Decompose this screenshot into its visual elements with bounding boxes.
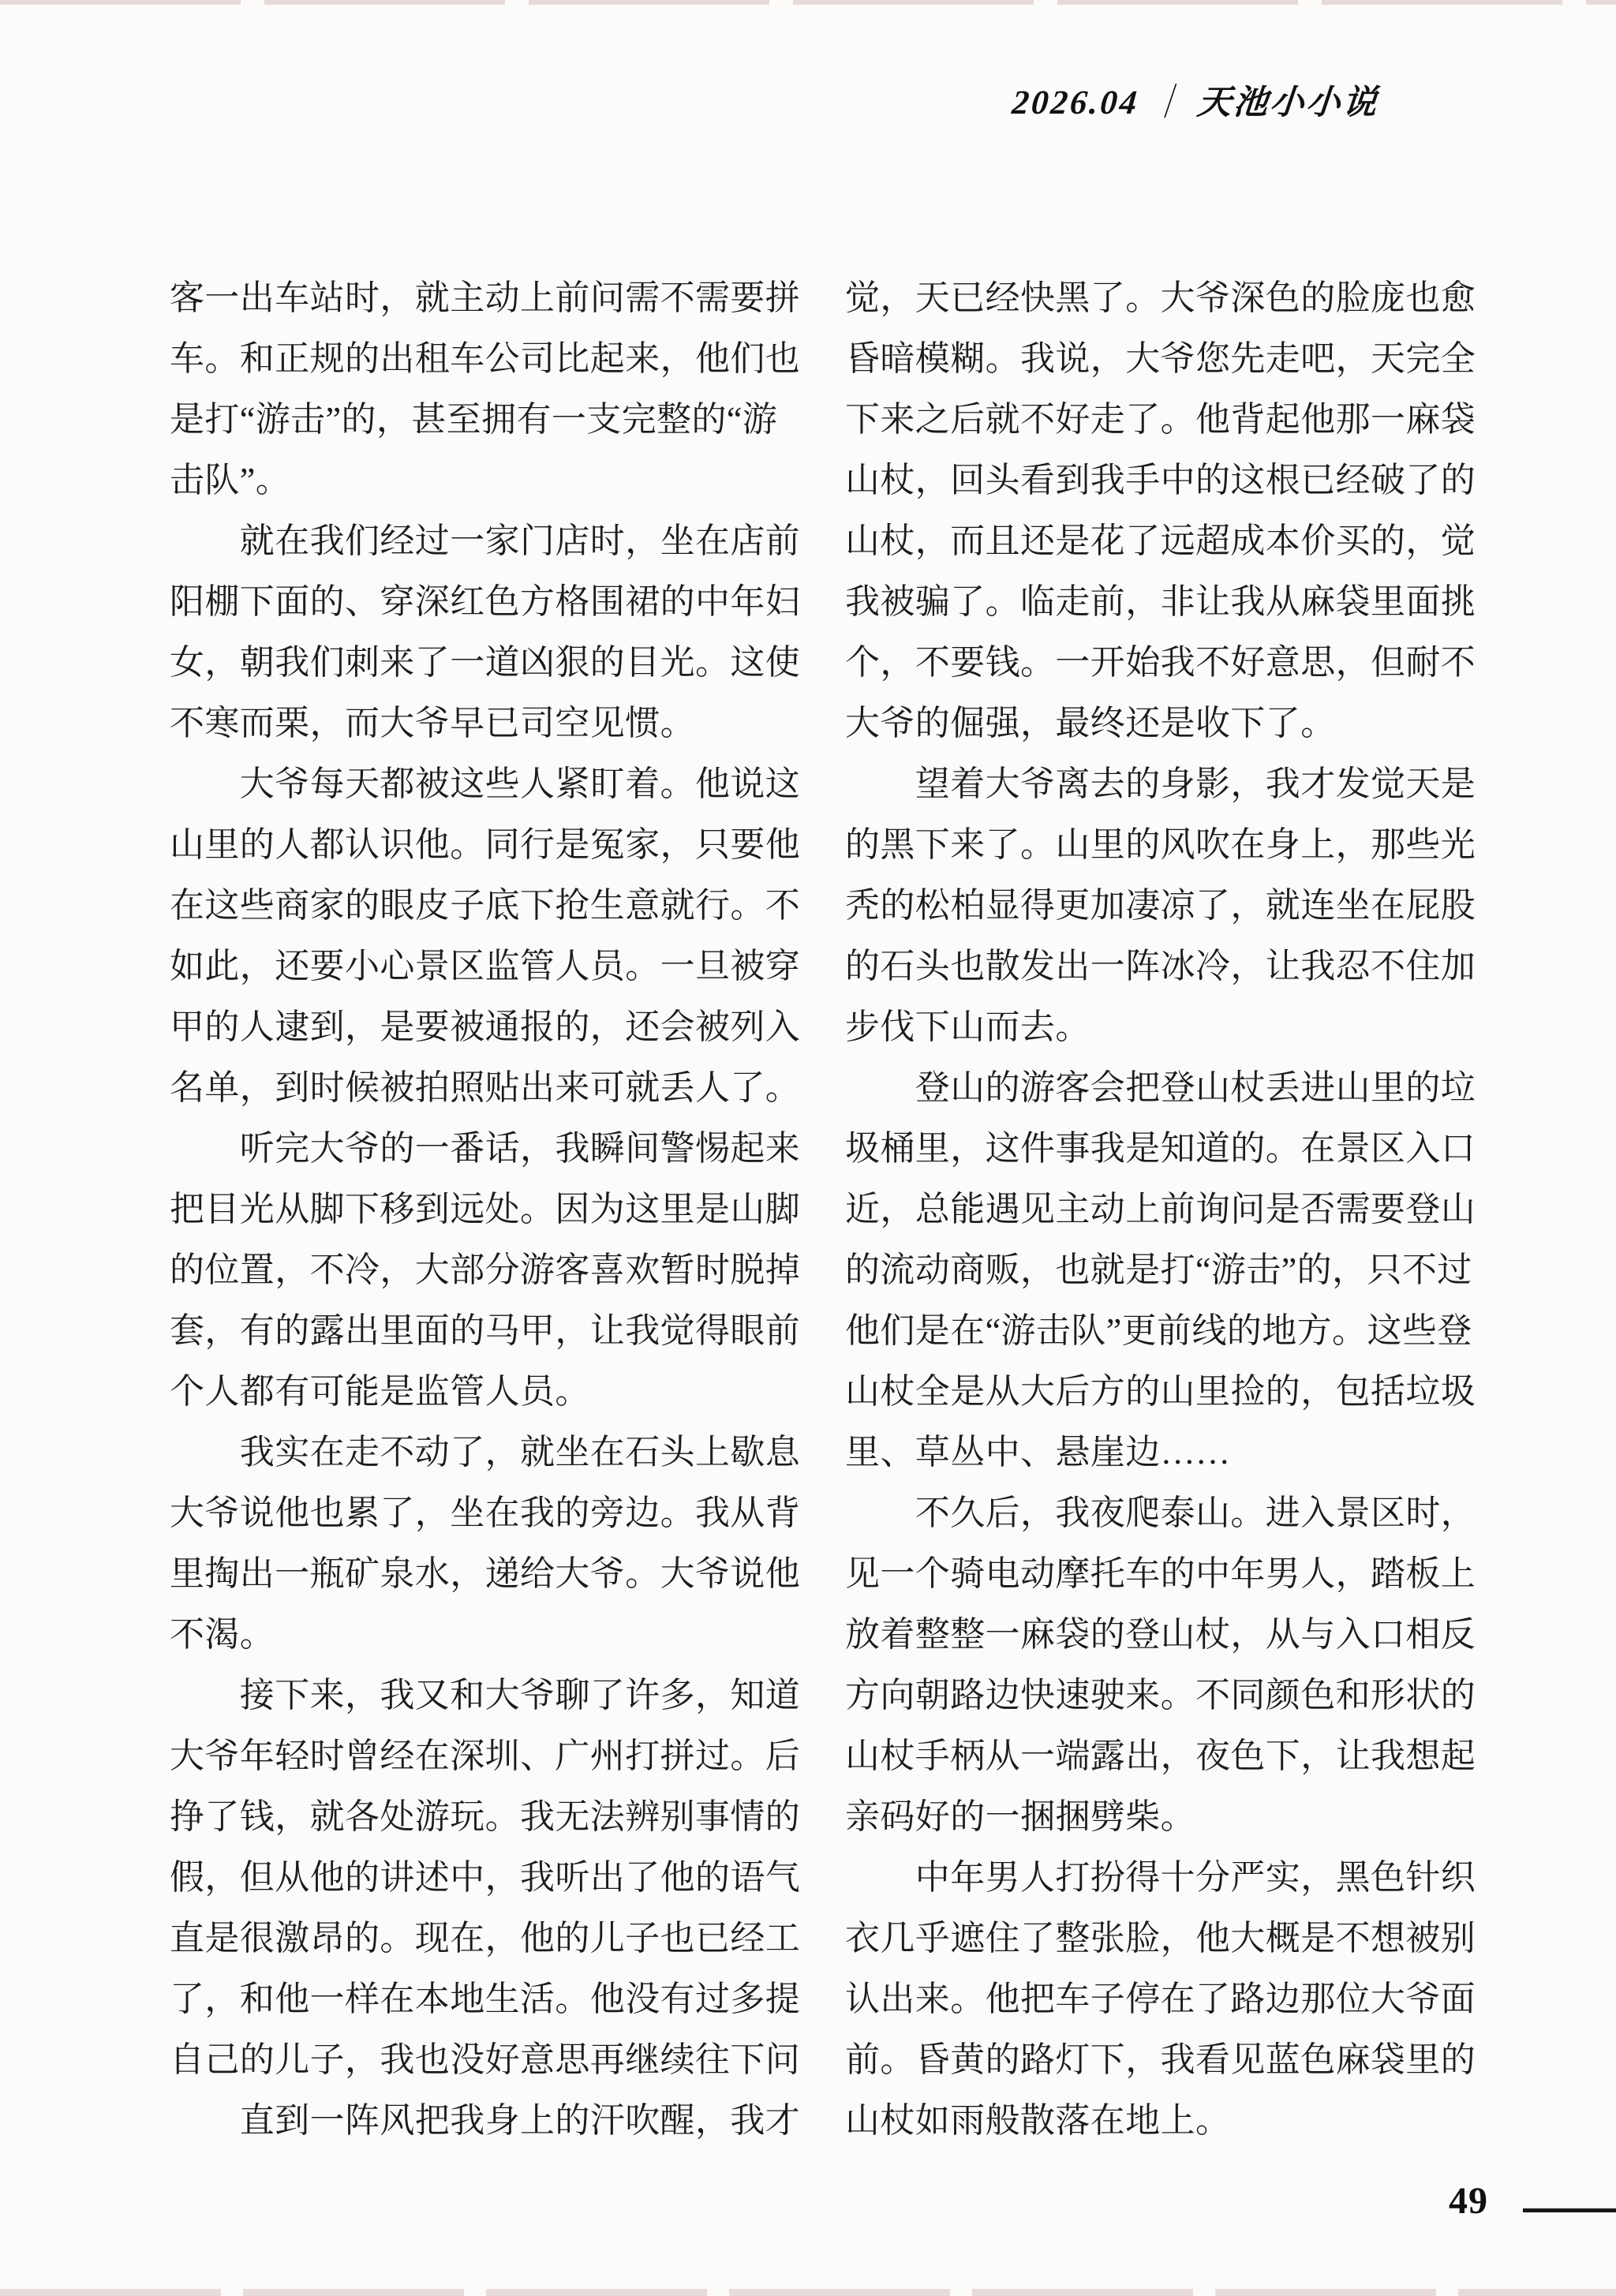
text-line: 昏暗模糊。我说，大爷您先走吧，天完全黑 xyxy=(845,328,1476,389)
text-line: 直是很激昂的。现在，他的儿子也已经工作 xyxy=(170,1908,801,1969)
text-line: 放着整整一麻袋的登山杖，从与入口相反的 xyxy=(845,1604,1476,1665)
text-line: 接下来，我又和大爷聊了许多，知道了 xyxy=(170,1665,801,1726)
text-line: 不久后，我夜爬泰山。进入景区时，看 xyxy=(845,1483,1476,1543)
text-line: 把目光从脚下移到远处。因为这里是山脚 xyxy=(170,1179,801,1240)
text-line: 步伐下山而去。 xyxy=(845,997,1476,1057)
text-line: 认出来。他把车子停在了路边那位大爷面 xyxy=(845,1969,1476,2029)
text-line: 里掏出一瓶矿泉水，递给大爷。大爷说他 xyxy=(170,1543,801,1604)
text-line: 大爷年轻时曾经在深圳、广州打拼过。后来 xyxy=(170,1726,801,1786)
page-bottom-scan-edge xyxy=(0,2289,1616,2296)
text-line: 下来之后就不好走了。他背起他那一麻袋登 xyxy=(845,389,1476,450)
text-line: 圾桶里，这件事我是知道的。在景区入口附 xyxy=(845,1118,1476,1179)
text-line: 不渴。 xyxy=(170,1604,801,1665)
text-line: 击队”。 xyxy=(170,450,801,510)
text-line: 在这些商家的眼皮子底下抢生意就行。不仅 xyxy=(170,875,801,936)
folio-rule xyxy=(1523,2208,1616,2212)
text-line: 登山的游客会把登山杖丢进山里的垃 xyxy=(845,1057,1476,1118)
text-line: 名单，到时候被拍照贴出来可就丢人了。 xyxy=(170,1057,801,1118)
text-line: 望着大爷离去的身影，我才发觉天是真 xyxy=(845,753,1476,814)
text-line: 客一出车站时，就主动上前问需不需要拼 xyxy=(170,267,801,328)
text-line: 听完大爷的一番话，我瞬间警惕起来， xyxy=(170,1118,801,1179)
running-head: 2026.04｜天池小小说 xyxy=(1011,76,1382,124)
text-line: 挣了钱，就各处游玩。我无法辨别事情的真 xyxy=(170,1786,801,1847)
issue-number: 2026.04 xyxy=(1011,84,1141,122)
text-line: 近，总能遇见主动上前询问是否需要登山杖 xyxy=(845,1179,1476,1240)
text-line: 我实在走不动了，就坐在石头上歇息。 xyxy=(170,1422,801,1483)
text-line: 个人都有可能是监管人员。 xyxy=(170,1361,801,1422)
text-line: 见一个骑电动摩托车的中年男人，踏板上横 xyxy=(845,1543,1476,1604)
text-line: 我被骗了。临走前，非让我从麻袋里面挑一 xyxy=(845,571,1476,632)
text-line: 秃的松柏显得更加凄凉了，就连坐在屁股下 xyxy=(845,875,1476,936)
text-line: 阳棚下面的、穿深红色方格围裙的中年妇 xyxy=(170,571,801,632)
text-line: 方向朝路边快速驶来。不同颜色和形状的登 xyxy=(845,1665,1476,1726)
text-line: 车。和正规的出租车公司比起来，他们也算 xyxy=(170,328,801,389)
text-line: 里、草丛中、悬崖边…… xyxy=(845,1422,1476,1483)
left-column: 客一出车站时，就主动上前问需不需要拼车。和正规的出租车公司比起来，他们也算是打“… xyxy=(170,267,801,2153)
text-line: 的石头也散发出一阵冰冷，让我忍不住加快 xyxy=(845,936,1476,997)
text-line: 不寒而栗，而大爷早已司空见惯。 xyxy=(170,693,801,753)
text-line: 衣几乎遮住了整张脸，他大概是不想被别人 xyxy=(845,1908,1476,1969)
text-line: 的位置，不冷，大部分游客喜欢暂时脱掉外 xyxy=(170,1240,801,1300)
text-line: 山杖手柄从一端露出，夜色下，让我想起父 xyxy=(845,1726,1476,1786)
text-line: 如此，还要小心景区监管人员。一旦被穿马 xyxy=(170,936,801,997)
text-line: 山里的人都认识他。同行是冤家，只要他不 xyxy=(170,814,801,875)
page-number: 49 xyxy=(1449,2179,1488,2223)
page-top-scan-edge xyxy=(0,0,1616,5)
text-line: 山杖如雨般散落在地上。 xyxy=(845,2090,1476,2151)
text-line: 直到一阵风把我身上的汗吹醒，我才发 xyxy=(170,2090,801,2151)
text-line: 亲码好的一捆捆劈柴。 xyxy=(845,1786,1476,1847)
text-line: 前。昏黄的路灯下，我看见蓝色麻袋里的登 xyxy=(845,2029,1476,2090)
text-line: 套，有的露出里面的马甲，让我觉得眼前每 xyxy=(170,1300,801,1361)
text-line: 是打“游击”的，甚至拥有一支完整的“游 xyxy=(170,389,801,450)
magazine-title: 天池小小说 xyxy=(1196,84,1381,122)
text-line: 山杖，回头看到我手中的这根已经破了的登 xyxy=(845,450,1476,510)
text-line: 假，但从他的讲述中，我听出了他的语气一 xyxy=(170,1847,801,1908)
article-body: 客一出车站时，就主动上前问需不需要拼车。和正规的出租车公司比起来，他们也算是打“… xyxy=(170,267,1476,2153)
text-line: 觉，天已经快黑了。大爷深色的脸庞也愈加 xyxy=(845,267,1476,328)
text-line: 他们是在“游击队”更前线的地方。这些登 xyxy=(845,1300,1476,1361)
text-line: 个，不要钱。一开始我不好意思，但耐不住 xyxy=(845,632,1476,693)
text-line: 就在我们经过一家门店时，坐在店前遮 xyxy=(170,510,801,571)
text-line: 山杖，而且还是花了远超成本价买的，觉得 xyxy=(845,510,1476,571)
right-column: 觉，天已经快黑了。大爷深色的脸庞也愈加昏暗模糊。我说，大爷您先走吧，天完全黑下来… xyxy=(845,267,1476,2153)
text-line: 的流动商贩，也就是打“游击”的，只不过 xyxy=(845,1240,1476,1300)
header-separator: ｜ xyxy=(1138,84,1199,122)
text-line: 大爷说他也累了，坐在我的旁边。我从背包 xyxy=(170,1483,801,1543)
text-line: 了，和他一样在本地生活。他没有过多提及 xyxy=(170,1969,801,2029)
text-line: 的黑下来了。山里的风吹在身上，那些光秃 xyxy=(845,814,1476,875)
text-line: 女，朝我们刺来了一道凶狠的目光。这使我 xyxy=(170,632,801,693)
text-line: 中年男人打扮得十分严实，黑色针织毛 xyxy=(845,1847,1476,1908)
text-line: 甲的人逮到，是要被通报的，还会被列入黑 xyxy=(170,997,801,1057)
text-line: 大爷每天都被这些人紧盯着。他说这个 xyxy=(170,753,801,814)
text-line: 自己的儿子，我也没好意思再继续往下问。 xyxy=(170,2029,801,2090)
text-line: 山杖全是从大后方的山里捡的，包括垃圾桶 xyxy=(845,1361,1476,1422)
text-line: 大爷的倔强，最终还是收下了。 xyxy=(845,693,1476,753)
